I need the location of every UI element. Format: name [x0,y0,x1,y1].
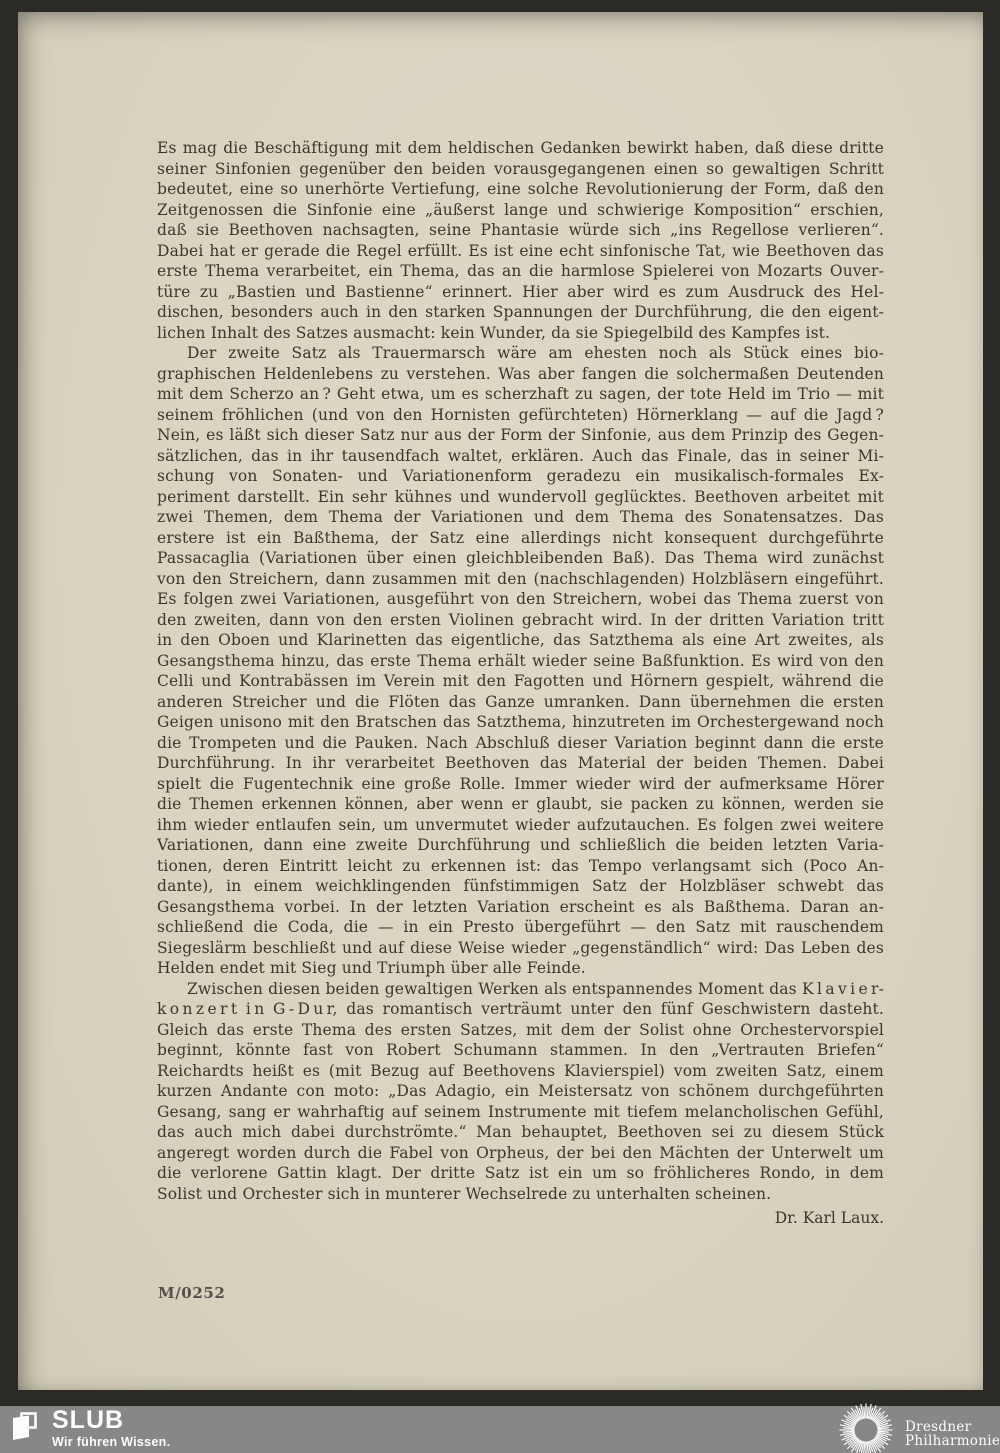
text-line: schung von Sonaten- und Variationenform … [157,466,884,487]
text-line: Solist und Orchester sich in munterer We… [157,1184,884,1205]
text-line: tionen, deren Eintritt leicht zu erkenne… [157,856,884,877]
document-text: Es mag die Beschäftigung mit dem heldisc… [157,138,884,1229]
text-line: Geigen unisono mit den Bratschen das Sat… [157,712,884,733]
text-line: Celli und Kontrabässen im Verein mit den… [157,671,884,692]
text-line: das auch mich dabei durchströmte.“ Man b… [157,1122,884,1143]
text-line: die verlorene Gattin klagt. Der dritte S… [157,1163,884,1184]
text-line: kurzen Andante con moto: „Das Adagio, ei… [157,1081,884,1102]
author-signature: Dr. Karl Laux. [157,1208,884,1229]
slub-logo-text: SLUB [52,1407,170,1434]
text-line: beginnt, könnte fast von Robert Schumann… [157,1040,884,1061]
text-line: Passacaglia (Variationen über einen glei… [157,548,884,569]
text-line: Variationen, dann eine zweite Durchführu… [157,835,884,856]
viewer-footer-bar: SLUB Wir führen Wissen. Dresdner Philhar… [0,1406,1000,1453]
text-line: von den Streichern, dann zusammen mit de… [157,569,884,590]
text-line: Zwischen diesen beiden gewaltigen Werken… [157,979,884,1000]
text-line: dante), in einem weichklingenden fünfsti… [157,876,884,897]
text-line: Reichardts heißt es (mit Bezug auf Beeth… [157,1061,884,1082]
text-line: Gesangsthema vorbei. In der letzten Vari… [157,897,884,918]
text-line: den zweiten, dann von den ersten Violine… [157,610,884,631]
text-line: angeregt worden durch die Fabel von Orph… [157,1143,884,1164]
text-line: periment darstellt. Ein sehr kühnes und … [157,487,884,508]
scanned-document-page: Es mag die Beschäftigung mit dem heldisc… [18,12,983,1390]
text-line: spielt die Fugentechnik eine große Rolle… [157,774,884,795]
text-line: zwei Themen, dem Thema der Variationen u… [157,507,884,528]
text-line: Siegeslärm beschließt und auf diese Weis… [157,938,884,959]
slub-book-icon [13,1412,37,1440]
text-line: Gleich das erste Thema des ersten Satzes… [157,1020,884,1041]
text-line: k o n z e r t i n G - D u r, das romanti… [157,999,884,1020]
text-line: Es mag die Beschäftigung mit dem heldisc… [157,138,884,159]
text-line: Nein, es läßt sich dieser Satz nur aus d… [157,425,884,446]
text-line: in den Oboen und Klarinetten das eigentl… [157,630,884,651]
text-line: Helden endet mit Sieg und Triumph über a… [157,958,884,979]
text-line: dischen, besonders auch in den starken S… [157,302,884,323]
archive-mark: M/0252 [158,1284,225,1302]
dresdner-philharmonie-logo[interactable]: Dresdner Philharmonie [838,1402,1000,1453]
viewer-root: { "document": { "archive_mark": "M/0252"… [0,0,1000,1453]
text-line: Zeitgenossen die Sinfonie eine „äußerst … [157,200,884,221]
text-line: Gesangsthema hinzu, das erste Thema erhä… [157,651,884,672]
text-line: bedeutet, eine so unerhörte Vertiefung, … [157,179,884,200]
text-line: Dabei hat er gerade die Regel erfüllt. E… [157,241,884,262]
text-line: Gesang, sang er wahrhaftig auf seinem In… [157,1102,884,1123]
text-line: türe zu „Bastien und Bastienne“ erinnert… [157,282,884,303]
text-line: daß sie Beethoven nachsagten, seine Phan… [157,220,884,241]
text-line: die Themen erkennen können, aber wenn er… [157,794,884,815]
text-line: die Trompeten und die Pauken. Nach Absch… [157,733,884,754]
text-line: erstere ist ein Baßthema, der Satz eine … [157,528,884,549]
text-line: schließend die Coda, die — in ein Presto… [157,917,884,938]
document-paragraphs: Es mag die Beschäftigung mit dem heldisc… [157,138,884,1204]
text-line: erste Thema verarbeitet, ein Thema, das … [157,261,884,282]
slub-logo[interactable]: SLUB Wir führen Wissen. [13,1407,170,1449]
philharmonie-name-line1: Dresdner [905,1420,1000,1435]
text-line: sätzlichen, das in ihr tausendfach walte… [157,446,884,467]
text-line: Durchführung. In ihr verarbeitet Beethov… [157,753,884,774]
philharmonie-sunburst-icon [838,1402,894,1453]
slub-tagline: Wir führen Wissen. [52,1435,170,1449]
text-line: mit dem Scherzo an ? Geht etwa, um es sc… [157,384,884,405]
text-line: seiner Sinfonien gegenüber den beiden vo… [157,159,884,180]
text-line: lichen Inhalt des Satzes ausmacht: kein … [157,323,884,344]
text-line: anderen Streicher und die Flöten das Gan… [157,692,884,713]
text-line: ihm wieder entlaufen sein, um unvermutet… [157,815,884,836]
text-line: seinem fröhlichen (und von den Hornisten… [157,405,884,426]
text-line: Es folgen zwei Variationen, ausgeführt v… [157,589,884,610]
text-line: graphischen Heldenlebens zu verstehen. W… [157,364,884,385]
text-line: Der zweite Satz als Trauermarsch wäre am… [157,343,884,364]
philharmonie-name-line2: Philharmonie [905,1434,1000,1449]
